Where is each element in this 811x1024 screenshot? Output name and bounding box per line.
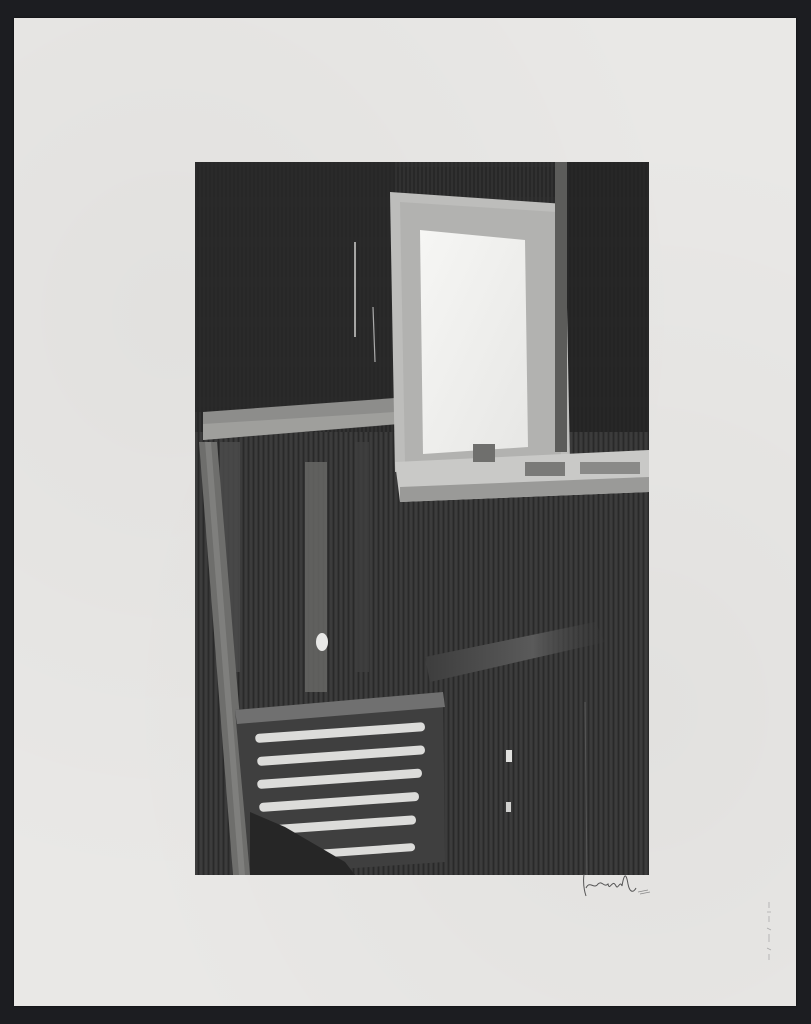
pencil-drawing: [195, 162, 649, 875]
paper-sheet: [14, 18, 796, 1006]
drawing-illustration: [195, 162, 649, 875]
artist-signature: [580, 870, 656, 902]
margin-note: [762, 898, 776, 968]
